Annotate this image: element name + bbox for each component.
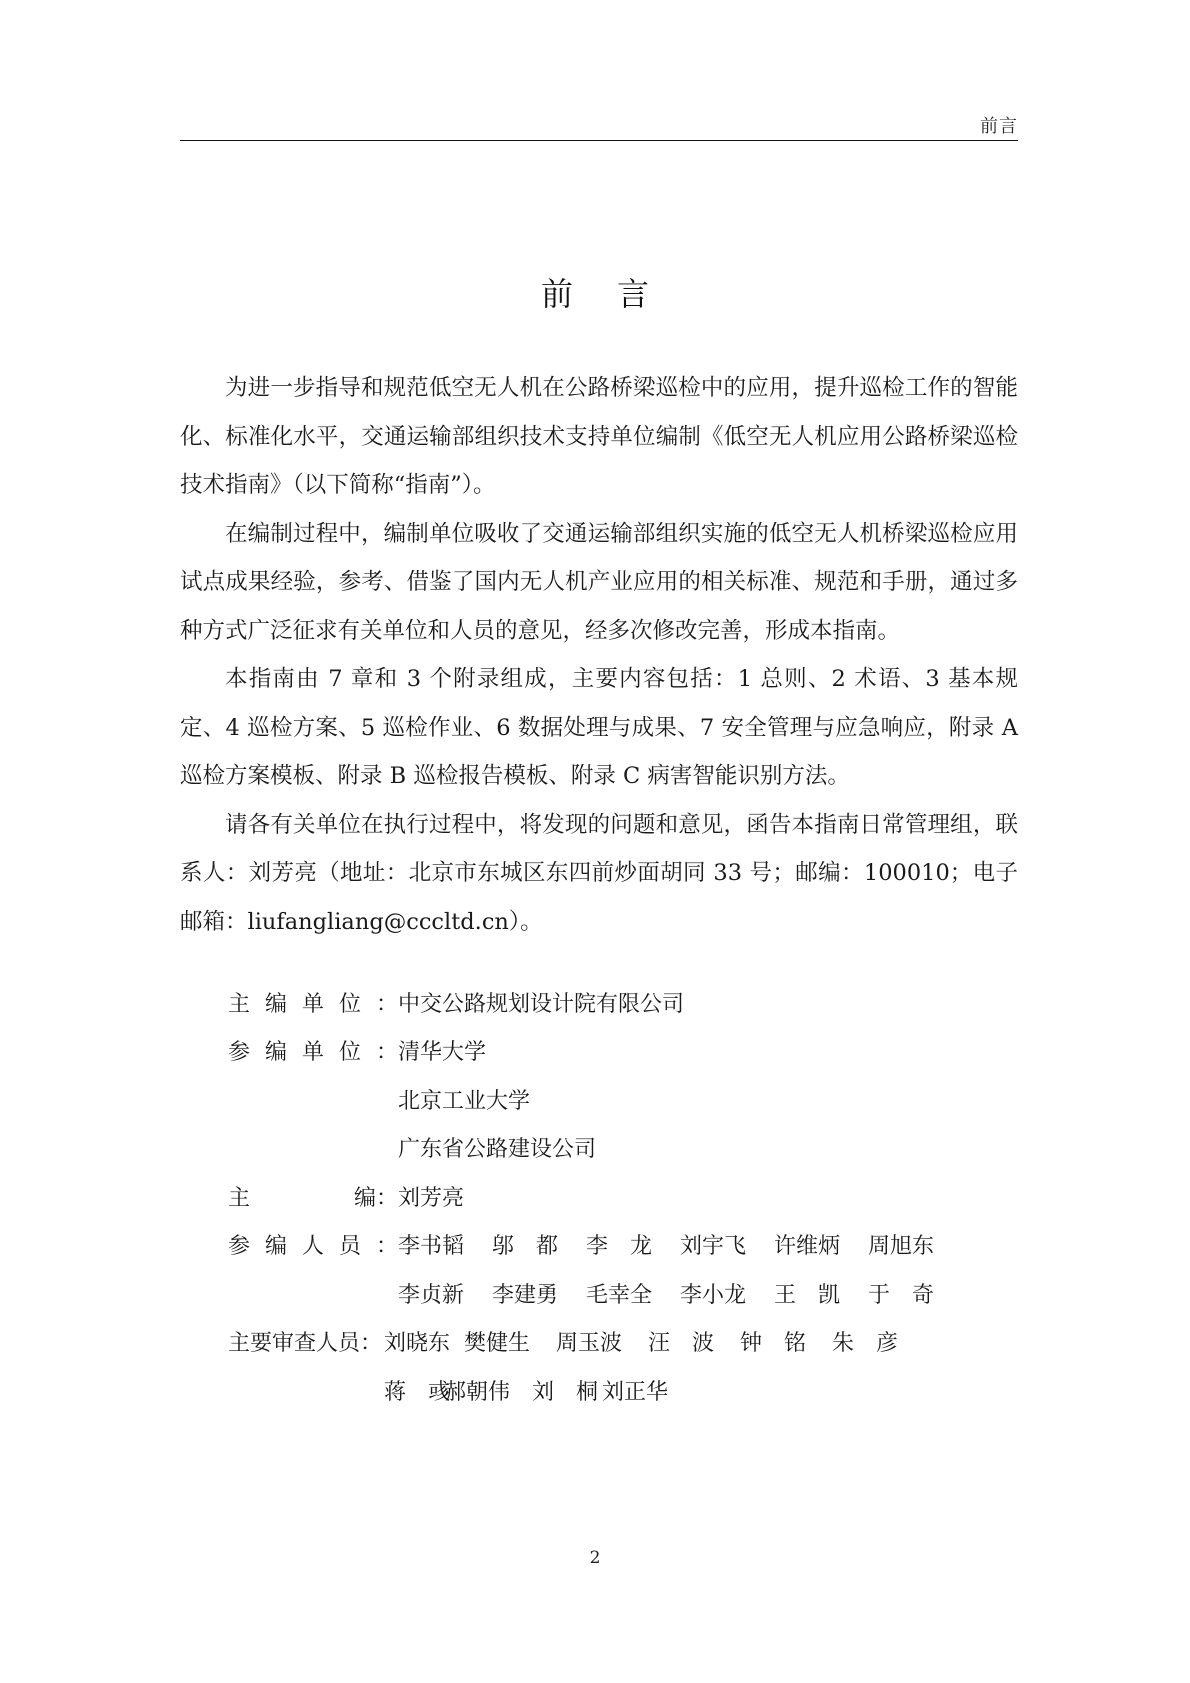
label-char: 员 xyxy=(339,1229,361,1260)
person-name: 李小龙 xyxy=(680,1278,774,1309)
organization-name: 中交公路规划设计院有限公司 xyxy=(398,987,684,1018)
credit-chief-editor: 主 编 ： 刘芳亮 xyxy=(228,1172,962,1221)
label-char: 位 xyxy=(339,1035,361,1066)
label-colon: ： xyxy=(376,1229,398,1260)
person-name: 蒋 彧 xyxy=(384,1375,444,1406)
person-name: 朱 彦 xyxy=(832,1326,924,1357)
person-name: 汪 波 xyxy=(648,1326,740,1357)
person-name: 毛幸全 xyxy=(586,1278,680,1309)
credit-value: 北京工业大学 xyxy=(398,1084,530,1115)
credit-label: 参 编 单 位 ： xyxy=(228,1035,398,1066)
credit-value: 中交公路规划设计院有限公司 xyxy=(398,987,684,1018)
paragraph-structure: 本指南由 7 章和 3 个附录组成，主要内容包括：1 总则、2 术语、3 基本规… xyxy=(180,655,1018,801)
label-char: 编 xyxy=(265,1035,287,1066)
label-char: 编 xyxy=(265,1229,287,1260)
credit-chief-reviewers: 主要审查人员： 刘晓东 樊健生 周玉波 汪 波 钟 铭 朱 彦 xyxy=(228,1318,962,1367)
label-char: 人 xyxy=(302,1229,324,1260)
credit-value: 刘芳亮 xyxy=(398,1181,492,1212)
page-title-char-2: 言 xyxy=(617,269,649,315)
credit-participating-units-cont: 广东省公路建设公司 xyxy=(228,1124,962,1173)
foreword-body: 为进一步指导和规范低空无人机在公路桥梁巡检中的应用，提升巡检工作的智能化、标准化… xyxy=(180,364,1018,946)
person-name: 钟 铭 xyxy=(740,1326,832,1357)
credit-label: 主 编 ： xyxy=(228,1181,398,1212)
paragraph-compilation: 在编制过程中，编制单位吸收了交通运输部组织实施的低空无人机桥梁巡检应用试点成果经… xyxy=(180,510,1018,656)
person-name: 樊健生 xyxy=(464,1326,556,1357)
credit-label: 参 编 人 员 ： xyxy=(228,1229,398,1260)
credit-value: 广东省公路建设公司 xyxy=(398,1132,596,1163)
person-name: 王 凯 xyxy=(774,1278,868,1309)
credit-value: 刘晓东 樊健生 周玉波 汪 波 钟 铭 朱 彦 xyxy=(384,1326,924,1357)
person-name: 李建勇 xyxy=(492,1278,586,1309)
person-name: 于 奇 xyxy=(868,1278,962,1309)
credit-value: 李书韬 邬 都 李 龙 刘宇飞 许维炳 周旭东 xyxy=(398,1229,962,1260)
label-colon: ： xyxy=(360,1326,382,1357)
label-char: 单 xyxy=(302,1035,324,1066)
label-char: 位 xyxy=(339,987,361,1018)
credit-chief-reviewers-cont: 蒋 彧 郝朝伟 刘 桐 刘正华 xyxy=(228,1366,962,1415)
running-header: 前言 xyxy=(180,112,1018,138)
label-colon: ： xyxy=(376,1035,398,1066)
person-name: 许维炳 xyxy=(774,1229,868,1260)
label-char: 单 xyxy=(302,987,324,1018)
label-char: 参 xyxy=(228,1035,250,1066)
credit-participating-staff-cont: 李贞新 李建勇 毛幸全 李小龙 王 凯 于 奇 xyxy=(228,1269,962,1318)
credit-participating-staff: 参 编 人 员 ： 李书韬 邬 都 李 龙 刘宇飞 许维炳 周旭东 xyxy=(228,1221,962,1270)
header-rule xyxy=(180,140,1018,141)
person-name: 李书韬 xyxy=(398,1229,492,1260)
label-colon: ： xyxy=(376,987,398,1018)
person-name: 刘宇飞 xyxy=(680,1229,774,1260)
person-name: 周旭东 xyxy=(868,1229,962,1260)
organization-name: 清华大学 xyxy=(398,1035,486,1066)
person-name: 刘正华 xyxy=(602,1375,694,1406)
credit-value: 清华大学 xyxy=(398,1035,486,1066)
credits-block: 主 编 单 位 ： 中交公路规划设计院有限公司 参 编 单 位 ： 清华大学 北… xyxy=(228,978,962,1415)
label-char: 参 xyxy=(228,1229,250,1260)
label-colon: ： xyxy=(376,1181,398,1212)
organization-name: 广东省公路建设公司 xyxy=(398,1132,596,1163)
person-name: 刘晓东 xyxy=(384,1326,464,1357)
person-name: 李贞新 xyxy=(398,1278,492,1309)
credit-label: 主要审查人员： xyxy=(228,1326,384,1357)
credit-participating-units: 参 编 单 位 ： 清华大学 xyxy=(228,1027,962,1076)
label-char: 主 xyxy=(228,1181,250,1212)
page-title: 前言 xyxy=(0,269,1190,315)
paragraph-purpose: 为进一步指导和规范低空无人机在公路桥梁巡检中的应用，提升巡检工作的智能化、标准化… xyxy=(180,364,1018,510)
label-char: 编 xyxy=(354,1181,376,1212)
credit-participating-units-cont: 北京工业大学 xyxy=(228,1075,962,1124)
credit-chief-unit: 主 编 单 位 ： 中交公路规划设计院有限公司 xyxy=(228,978,962,1027)
credit-value: 李贞新 李建勇 毛幸全 李小龙 王 凯 于 奇 xyxy=(398,1278,962,1309)
label-char: 编 xyxy=(265,987,287,1018)
label-char: 主 xyxy=(228,987,250,1018)
label-text: 主要审查人员 xyxy=(228,1326,360,1357)
person-name: 刘 桐 xyxy=(532,1375,602,1406)
person-name: 邬 都 xyxy=(492,1229,586,1260)
person-name: 郝朝伟 xyxy=(444,1375,532,1406)
paragraph-contact: 请各有关单位在执行过程中，将发现的问题和意见，函告本指南日常管理组，联系人：刘芳… xyxy=(180,801,1018,947)
person-name: 刘芳亮 xyxy=(398,1181,492,1212)
organization-name: 北京工业大学 xyxy=(398,1084,530,1115)
page-title-char-1: 前 xyxy=(541,269,573,315)
credit-value: 蒋 彧 郝朝伟 刘 桐 刘正华 xyxy=(384,1375,694,1406)
person-name: 周玉波 xyxy=(556,1326,648,1357)
credit-label: 主 编 单 位 ： xyxy=(228,987,398,1018)
page-number: 2 xyxy=(0,1548,1190,1568)
person-name: 李 龙 xyxy=(586,1229,680,1260)
